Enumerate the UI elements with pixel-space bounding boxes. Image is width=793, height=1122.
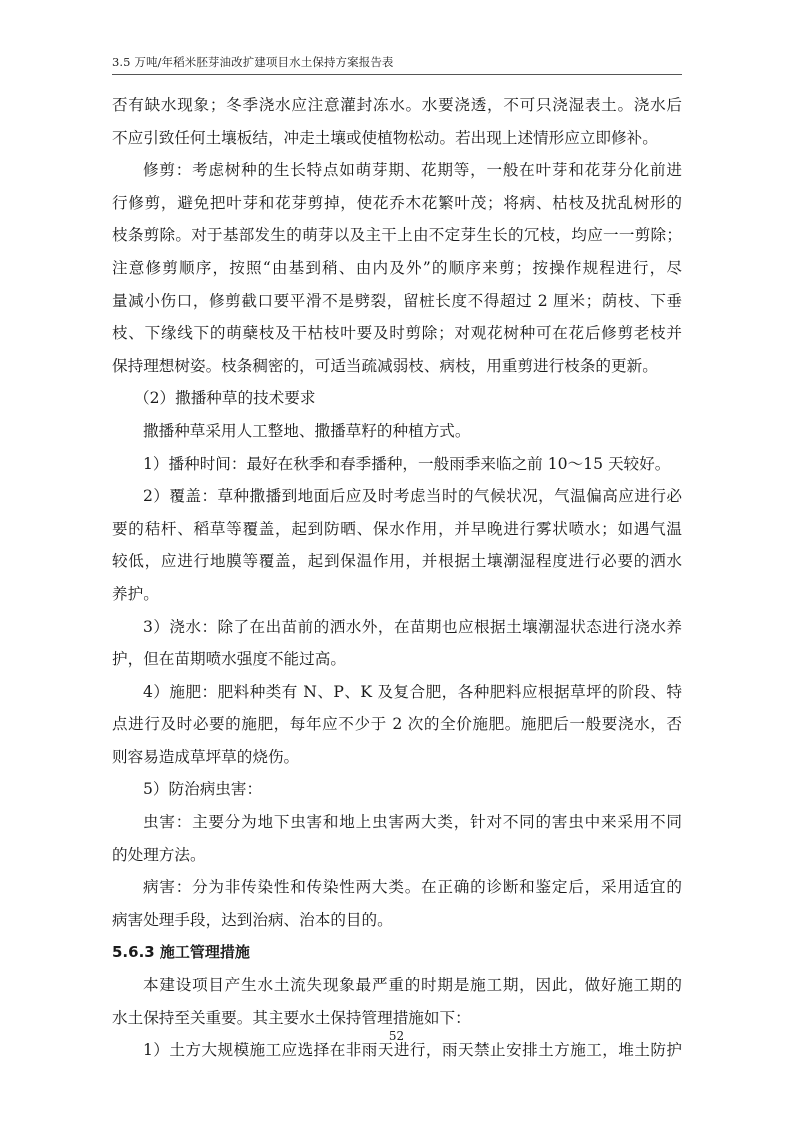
text-line: 否有缺水现象；冬季浇水应注意灌封冻水。水要浇透，不可只浇湿表土。浇水后 — [112, 89, 682, 122]
text-line: 注意修剪顺序，按照“由基到稍、由内及外”的顺序来剪；按操作规程进行，尽 — [112, 252, 682, 285]
page-header: 3.5 万吨/年稻米胚芽油改扩建项目水土保持方案报告表 — [112, 52, 682, 75]
text-line: 虫害：主要分为地下虫害和地上虫害两大类，针对不同的害虫中来采用不同 — [112, 806, 682, 839]
text-line: 撒播种草采用人工整地、撒播草籽的种植方式。 — [112, 415, 682, 448]
text-line: 病害：分为非传染性和传染性两大类。在正确的诊断和鉴定后，采用适宜的 — [112, 871, 682, 904]
text-line: 的处理方法。 — [112, 839, 682, 872]
text-line: 量减小伤口，修剪截口要平滑不是劈裂，留桩长度不得超过 2 厘米；荫枝、下垂 — [112, 285, 682, 318]
text-line: 枝条剪除。对于基部发生的萌芽以及主干上由不定芽生长的冗枝，均应一一剪除； — [112, 219, 682, 252]
text-line: 点进行及时必要的施肥，每年应不少于 2 次的全价施肥。施肥后一般要浇水，否 — [112, 708, 682, 741]
text-line: 修剪：考虑树种的生长特点如萌芽期、花期等，一般在叶芽和花芽分化前进 — [112, 154, 682, 187]
text-line: 养护。 — [112, 578, 682, 611]
text-line: 不应引致任何土壤板结，冲走土壤或使植物松动。若出现上述情形应立即修补。 — [112, 122, 682, 155]
text-line: 较低，应进行地膜等覆盖，起到保温作用，并根据土壤潮湿程度进行必要的洒水 — [112, 545, 682, 578]
text-line: 本建设项目产生水土流失现象最严重的时期是施工期，因此，做好施工期的 — [112, 969, 682, 1002]
text-line: 要的秸杆、稻草等覆盖，起到防晒、保水作用，并早晚进行雾状喷水；如遇气温 — [112, 513, 682, 546]
text-line: 则容易造成草坪草的烧伤。 — [112, 741, 682, 774]
text-line: 2）覆盖：草种撒播到地面后应及时考虑当时的气候状况，气温偏高应进行必 — [112, 480, 682, 513]
text-line: 行修剪，避免把叶芽和花芽剪掉，使花乔木花繁叶茂；将病、枯枝及扰乱树形的 — [112, 187, 682, 220]
text-line: 病害处理手段，达到治病、治本的目的。 — [112, 904, 682, 937]
text-line: 1）播种时间：最好在秋季和春季播种，一般雨季来临之前 10～15 天较好。 — [112, 448, 682, 481]
subsection-heading: （2）撒播种草的技术要求 — [112, 382, 682, 415]
text-line: 4）施肥：肥料种类有 N、P、K 及复合肥，各种肥料应根据草坪的阶段、特 — [112, 676, 682, 709]
document-body: 否有缺水现象；冬季浇水应注意灌封冻水。水要浇透，不可只浇湿表土。浇水后 不应引致… — [112, 89, 682, 1067]
text-line: 3）浇水：除了在出苗前的洒水外，在苗期也应根据土壤潮湿状态进行浇水养 — [112, 611, 682, 644]
section-heading: 5.6.3 施工管理措施 — [112, 936, 682, 969]
text-line: 枝、下缘线下的萌蘖枝及干枯枝叶要及时剪除；对观花树种可在花后修剪老枝并 — [112, 317, 682, 350]
text-line: 5）防治病虫害： — [112, 773, 682, 806]
document-title: 3.5 万吨/年稻米胚芽油改扩建项目水土保持方案报告表 — [112, 54, 394, 70]
page-number: 52 — [0, 1029, 793, 1043]
text-line: 保持理想树姿。枝条稠密的，可适当疏减弱枝、病枝，用重剪进行枝条的更新。 — [112, 350, 682, 383]
text-line: 护，但在苗期喷水强度不能过高。 — [112, 643, 682, 676]
